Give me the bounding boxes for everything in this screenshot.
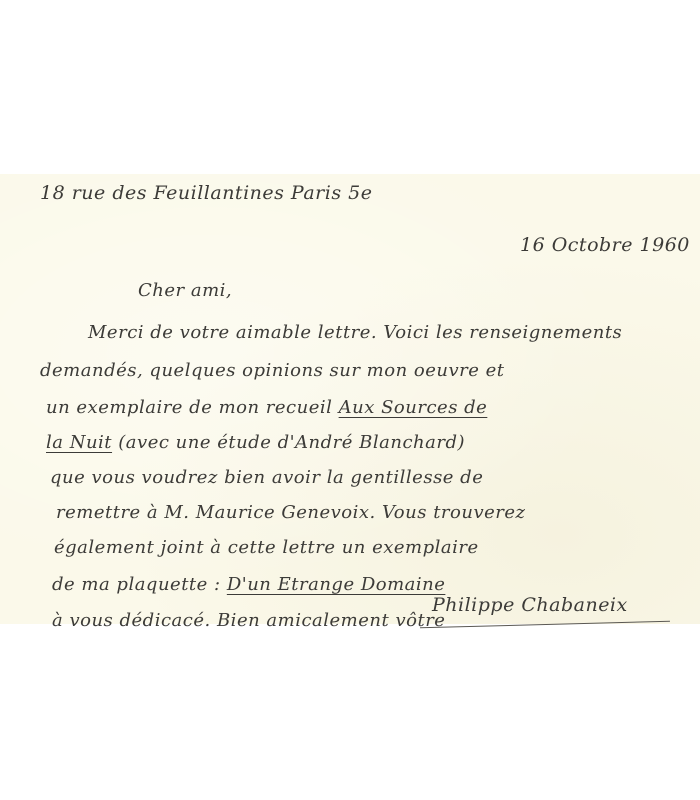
- letter-line-7: également joint à cette lettre un exempl…: [54, 537, 479, 558]
- book-title-plaquette: D'un Etrange Domaine: [227, 574, 446, 595]
- signature: Philippe Chabaneix: [432, 594, 628, 616]
- book-title-recueil-part1: Aux Sources de: [339, 397, 488, 418]
- letter-line-3: un exemplaire de mon recueil Aux Sources…: [46, 397, 487, 418]
- letter-line-5: que vous voudrez bien avoir la gentilles…: [50, 467, 483, 488]
- letter-address: 18 rue des Feuillantines Paris 5e: [40, 182, 372, 204]
- letter-salutation: Cher ami,: [138, 280, 232, 301]
- letter-line-1: Merci de votre aimable lettre. Voici les…: [88, 322, 622, 343]
- letter-line-6: remettre à M. Maurice Genevoix. Vous tro…: [56, 502, 526, 523]
- letter-line-4: la Nuit (avec une étude d'André Blanchar…: [46, 432, 465, 453]
- letter-line-2: demandés, quelques opinions sur mon oeuv…: [40, 360, 505, 381]
- letter-paper: 18 rue des Feuillantines Paris 5e 16 Oct…: [0, 174, 700, 624]
- signature-underline: [420, 621, 670, 629]
- letter-line-4-text: (avec une étude d'André Blanchard): [112, 432, 465, 453]
- letter-line-8: de ma plaquette : D'un Etrange Domaine: [52, 574, 445, 595]
- letter-line-8-text: de ma plaquette :: [52, 574, 227, 595]
- letter-line-9: à vous dédicacé. Bien amicalement vôtre: [52, 610, 445, 631]
- letter-line-3-text: un exemplaire de mon recueil: [46, 397, 339, 418]
- letter-date: 16 Octobre 1960: [520, 234, 690, 256]
- book-title-recueil-part2: la Nuit: [46, 432, 112, 453]
